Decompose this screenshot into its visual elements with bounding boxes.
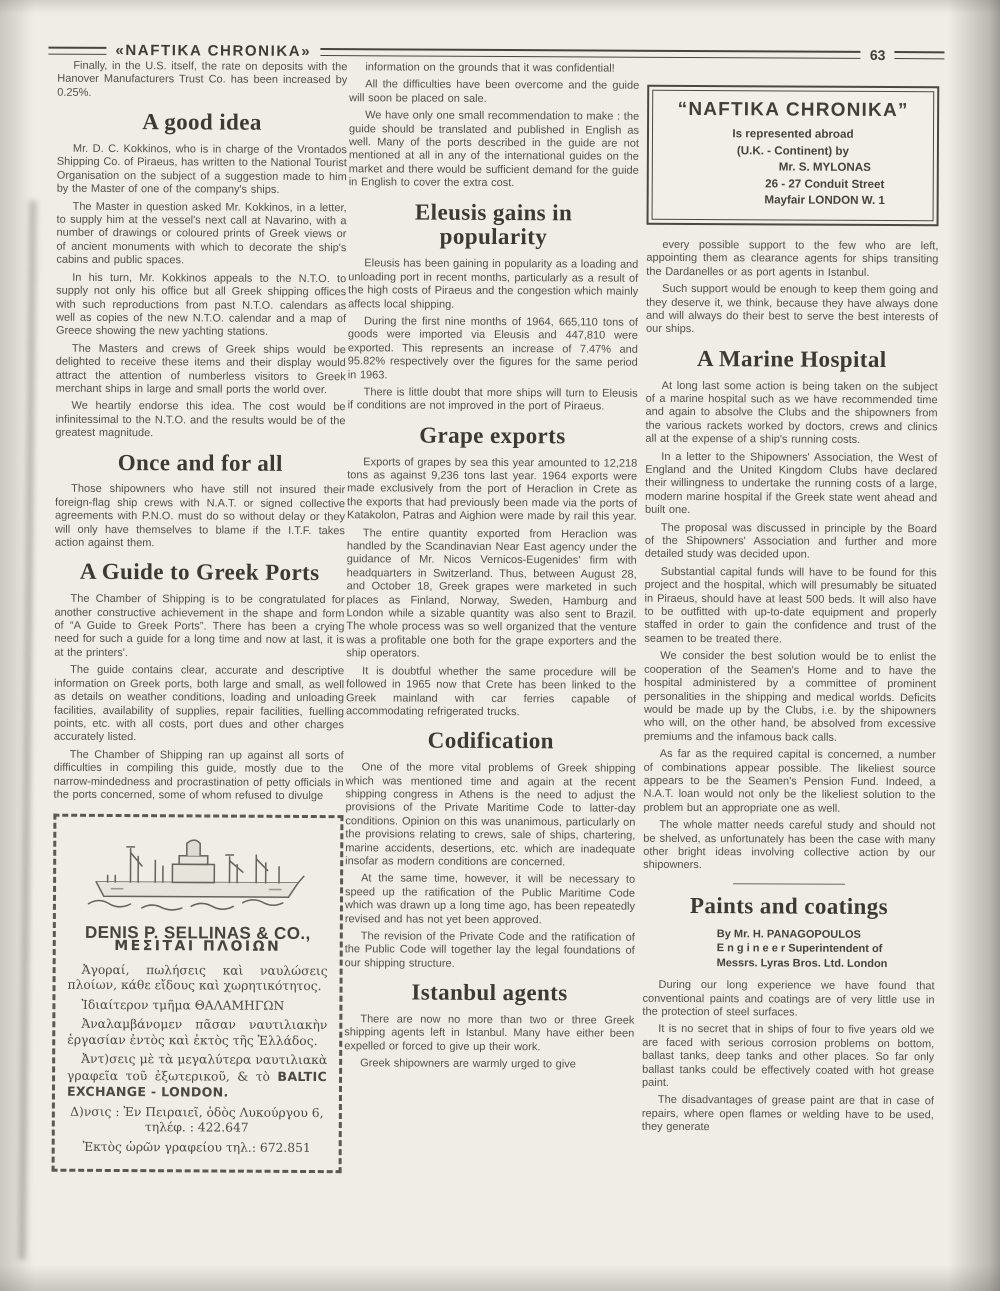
section-heading-grape-exports: Grape exports xyxy=(347,423,637,449)
body-paragraph: Substantial capital funds will have to b… xyxy=(644,566,936,648)
body-paragraph: During our long experience we have found… xyxy=(642,979,934,1021)
body-paragraph: The disadvantages of grease paint are th… xyxy=(642,1094,934,1136)
section-heading-codification: Codification xyxy=(346,729,636,755)
body-paragraph: There is little doubt that more ships wi… xyxy=(348,386,638,414)
ad-after-hours-phone: Ἐκτὸς ὡρῶν γραφείου τηλ.: 672.851 xyxy=(67,1139,327,1156)
body-paragraph: The whole matter needs careful study and… xyxy=(643,819,935,874)
mylonas-representative-box: “NAFTIKA CHRONIKA” Is represented abroad… xyxy=(647,85,940,226)
middle-column: information on the grounds that it was c… xyxy=(344,61,639,1076)
ad-paragraph: Ἀναλαμβάνομεν πᾶσαν ναυτιλιακὴν ἐργασίαν… xyxy=(67,1017,327,1049)
body-paragraph: The revision of the Private Code and the… xyxy=(345,930,635,972)
ad-paragraph: Ἀντ)σεις μὲ τὰ μεγαλύτερα ναυτιλιακὰ γρα… xyxy=(67,1052,327,1102)
body-paragraph: Those shipowners who have still not insu… xyxy=(55,483,345,552)
masthead-rule-center xyxy=(320,48,861,59)
body-paragraph: All the difficulties have been overcome … xyxy=(349,79,639,107)
mylonas-box-inner: “NAFTIKA CHRONIKA” Is represented abroad… xyxy=(652,90,935,221)
representative-city: Mayfair LONDON W. 1 xyxy=(723,193,927,211)
body-paragraph: The entire quantity exported from Heracl… xyxy=(346,527,637,663)
byline-title: E n g i n e e r Superintendent of xyxy=(717,941,931,957)
body-paragraph: In a letter to the Shipowners' Associati… xyxy=(645,450,937,519)
byline-author: By Mr. H. PANAGOPOULOS xyxy=(717,927,931,943)
section-heading-once-and-for-all: Once and for all xyxy=(55,450,345,476)
right-column: “NAFTIKA CHRONIKA” Is represented abroad… xyxy=(642,63,940,1140)
ad-address: Δ)νσις : Ἐν Πειραιεῖ, ὁδὸς Λυκούργου 6, … xyxy=(67,1104,327,1136)
section-heading-guide-to-greek-ports: A Guide to Greek Ports xyxy=(55,560,345,586)
representative-street: 26 - 27 Conduit Street xyxy=(723,176,927,194)
uk-continent-text: (U.K. - Continent) by xyxy=(659,143,927,161)
body-paragraph: One of the more vital problems of Greek … xyxy=(345,761,636,870)
body-paragraph: Greek shipowners are warmly urged to giv… xyxy=(344,1057,634,1072)
represented-abroad-text: Is represented abroad xyxy=(659,126,927,144)
ad-paragraph: Ἰδιαίτερον τμῆμα ΘΑΛΑΜΗΓΩΝ xyxy=(67,997,327,1014)
body-paragraph: The proposal was discussed in principle … xyxy=(645,521,937,563)
body-paragraph: The Master in question asked Mr. Kokkino… xyxy=(56,200,346,269)
representative-address: Mr. S. MYLONAS 26 - 27 Conduit Street Ma… xyxy=(659,159,927,210)
masthead-title: «NAFTIKA CHRONIKA» xyxy=(115,42,311,60)
ad-paragraph: Ἀγοραί, πωλήσεις καὶ ναυλώσεις πλοίων, κ… xyxy=(67,962,327,994)
body-paragraph: Exports of grapes by sea this year amoun… xyxy=(347,456,637,525)
body-paragraph: As far as the required capital is concer… xyxy=(643,748,935,817)
section-heading-marine-hospital: A Marine Hospital xyxy=(646,347,938,373)
masthead-rule-left xyxy=(48,46,106,54)
author-byline: By Mr. H. PANAGOPOULOS E n g i n e e r S… xyxy=(717,927,931,972)
body-paragraph: The Chamber of Shipping is to be congrat… xyxy=(54,593,344,662)
cargo-ship-illustration-icon xyxy=(68,827,329,925)
scanned-journal-page: «NAFTIKA CHRONIKA» 63 Finally, in the U.… xyxy=(0,0,1000,1291)
body-paragraph: At the same time, however, it will be ne… xyxy=(345,873,635,928)
body-paragraph: We have only one small recommendation to… xyxy=(349,109,639,191)
section-heading-paints-coatings: Paints and coatings xyxy=(643,894,935,920)
sellinas-advertisement: DENIS P. SELLINAS & CO., ΜΕΣΙΤΑΙ ΠΛΟΙΩΝ … xyxy=(52,814,344,1173)
body-paragraph: It is doubtful whether the same procedur… xyxy=(346,665,636,720)
page-content: «NAFTIKA CHRONIKA» 63 Finally, in the U.… xyxy=(0,0,1000,1291)
section-heading-eleusis: Eleusis gains in popularity xyxy=(393,200,593,251)
masthead-rule-right xyxy=(894,51,944,59)
body-paragraph: Mr. D. C. Kokkinos, who is in charge of … xyxy=(57,143,347,198)
body-paragraph: The Masters and crews of Greek ships wou… xyxy=(56,342,346,397)
left-column: Finally, in the U.S. itself, the rate on… xyxy=(52,60,348,1174)
section-divider xyxy=(733,883,845,885)
body-paragraph: information on the grounds that it was c… xyxy=(349,61,639,76)
journal-name: “NAFTIKA CHRONIKA” xyxy=(659,103,927,118)
body-paragraph: The Chamber of Shipping ran up against a… xyxy=(53,748,343,803)
body-paragraph: Finally, in the U.S. itself, the rate on… xyxy=(57,60,347,102)
body-paragraph: Such support would be enough to keep the… xyxy=(646,283,938,338)
section-heading-a-good-idea: A good idea xyxy=(57,110,347,136)
body-paragraph: Eleusis has been gaining in popularity a… xyxy=(348,258,638,313)
body-paragraph: We heartily endorse this idea. The cost … xyxy=(55,400,345,442)
body-paragraph: During the first nine months of 1964, 66… xyxy=(348,315,638,384)
page-number: 63 xyxy=(870,46,886,62)
body-paragraph: It is no secret that in ships of four to… xyxy=(642,1023,934,1092)
body-paragraph: every possible support to the few who ar… xyxy=(646,239,938,281)
representative-name: Mr. S. MYLONAS xyxy=(723,160,927,178)
body-paragraph: The guide contains clear, accurate and d… xyxy=(54,664,344,746)
body-paragraph: We consider the best solution would be t… xyxy=(644,650,936,745)
body-paragraph: At long last some action is being taken … xyxy=(645,379,937,448)
section-heading-istanbul-agents: Istanbul agents xyxy=(344,980,634,1006)
byline-company: Messrs. Lyras Bros. Ltd. London xyxy=(717,956,931,972)
body-paragraph: In his turn, Mr. Kokkinos appeals to the… xyxy=(56,271,346,340)
body-paragraph: There are now no more than two or three … xyxy=(344,1013,634,1055)
